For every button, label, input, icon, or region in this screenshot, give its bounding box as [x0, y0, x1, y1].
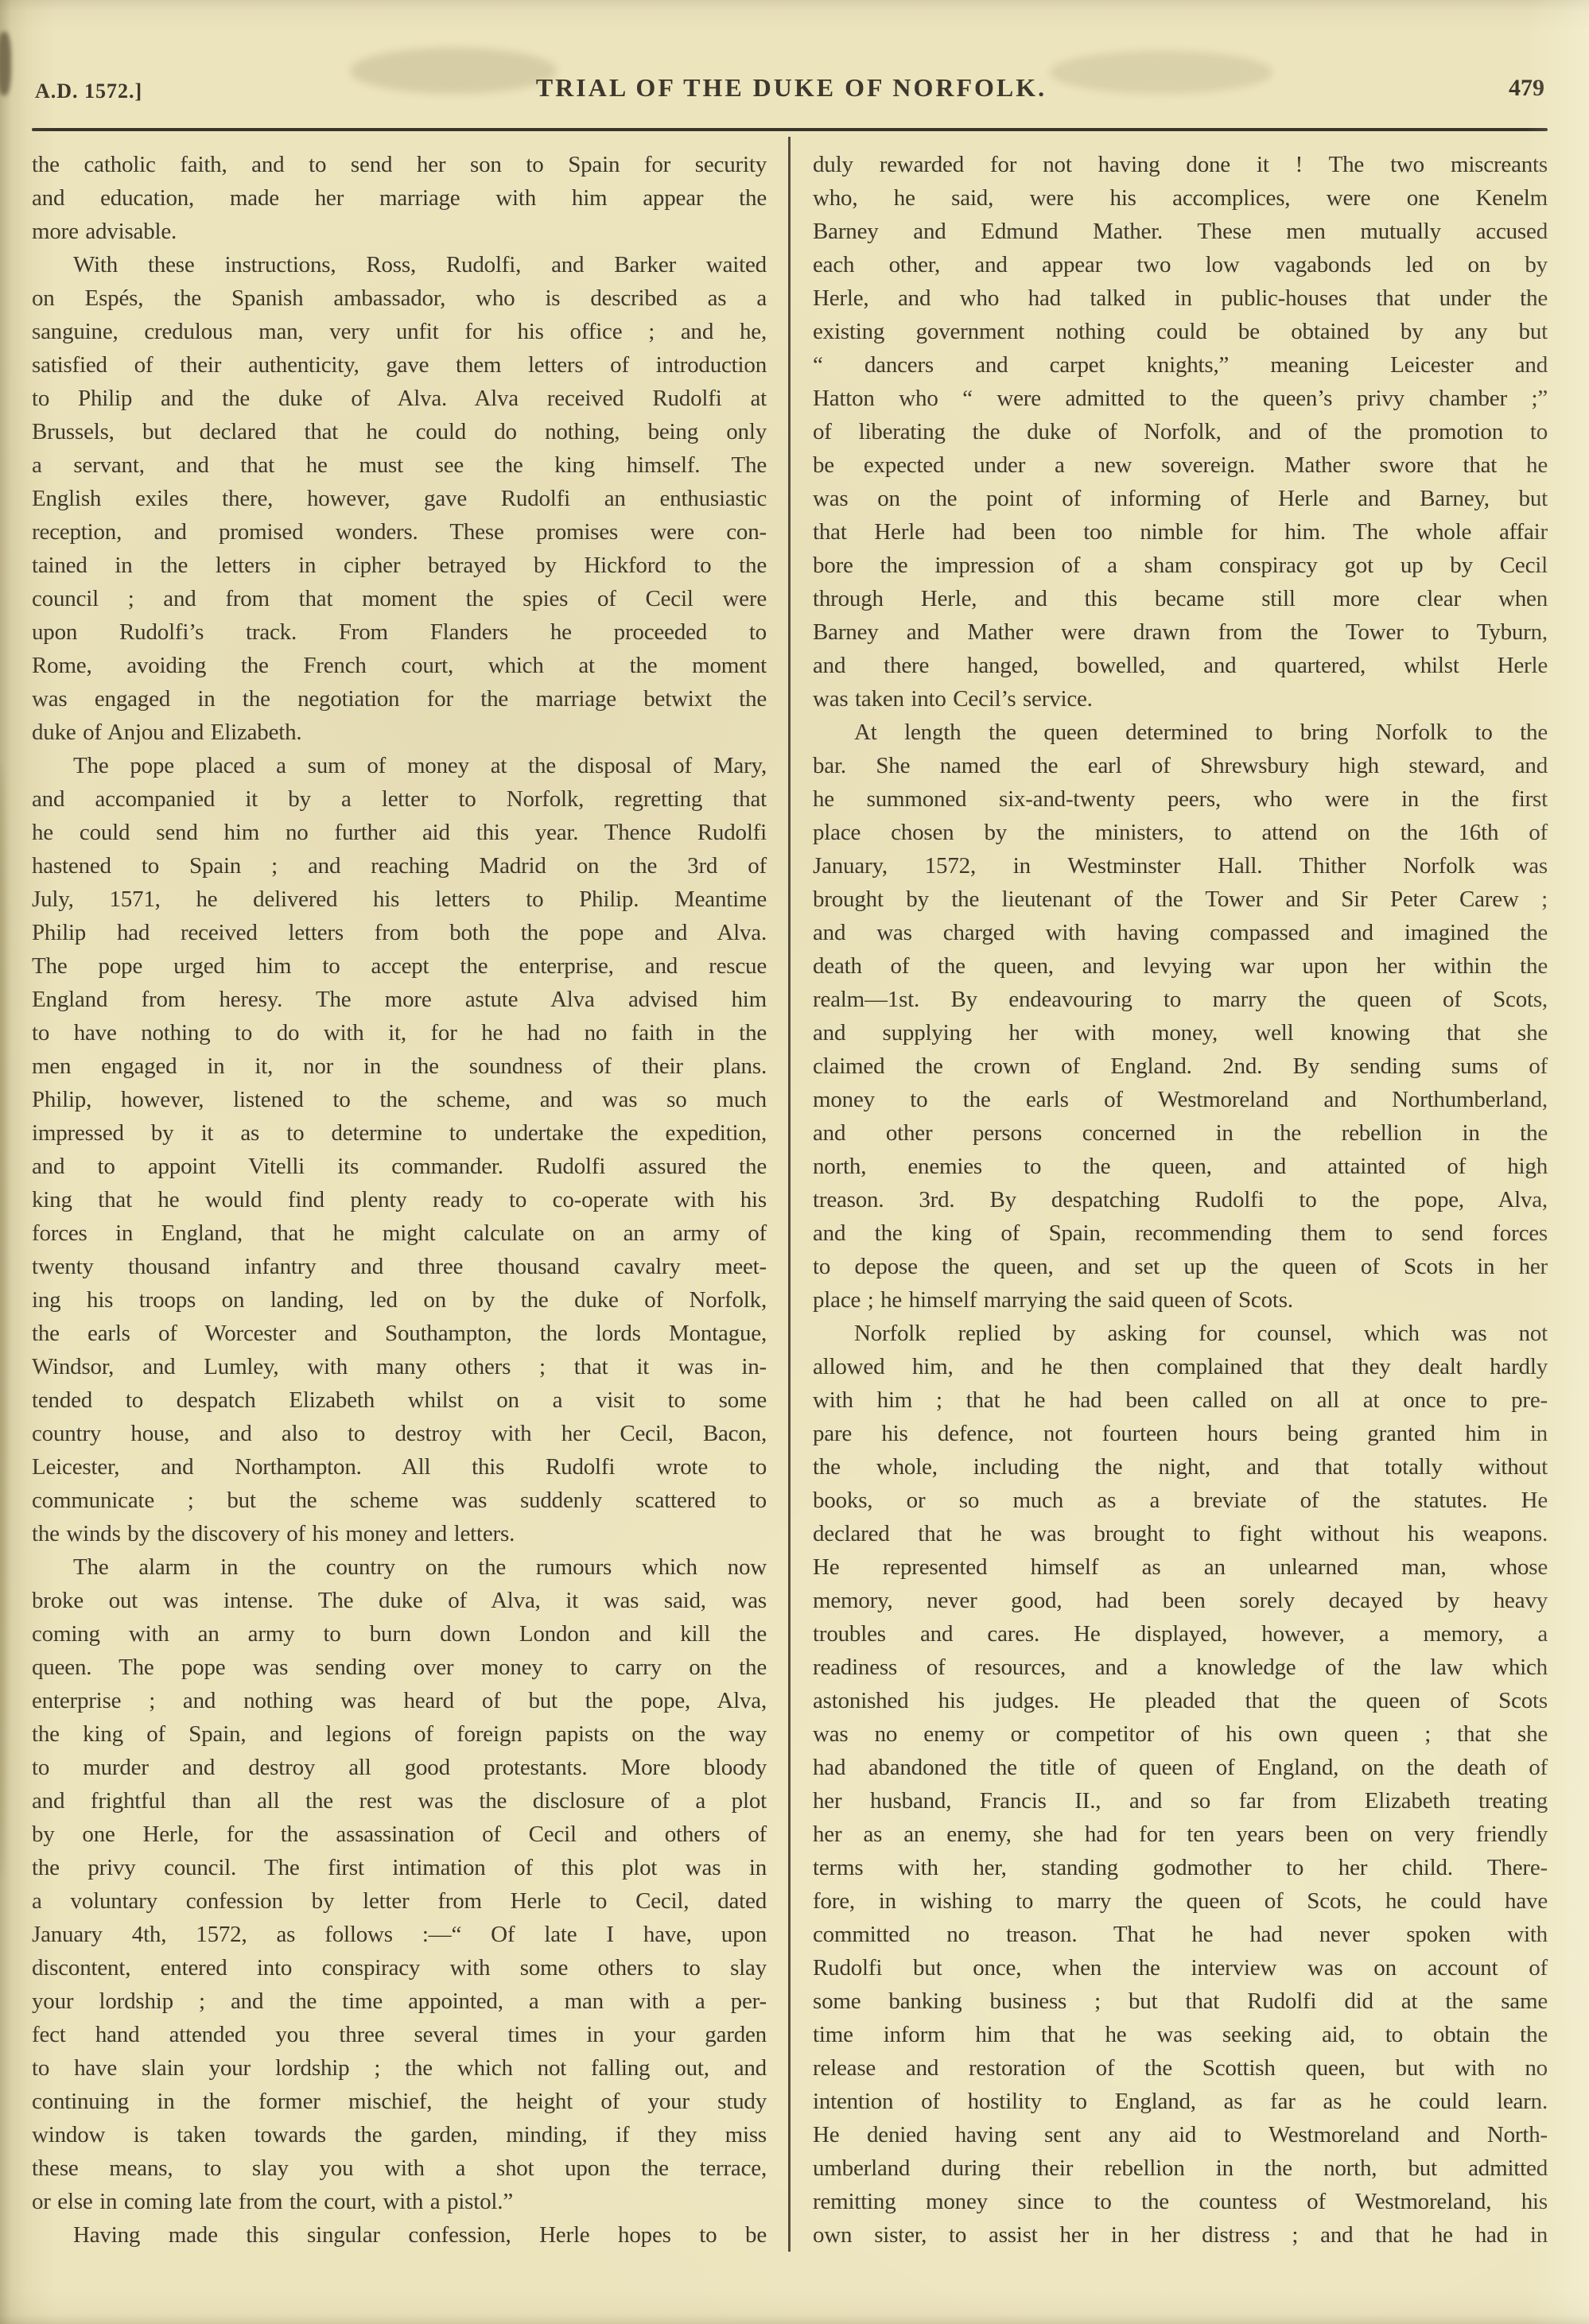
text-line: the winds by the discovery of his money …	[32, 1517, 767, 1550]
text-line: Norfolk replied by asking for counsel, w…	[813, 1317, 1548, 1350]
text-line: At length the queen determined to bring …	[813, 716, 1548, 749]
text-line: The alarm in the country on the rumours …	[32, 1550, 767, 1584]
text-line: The pope urged him to accept the enterpr…	[32, 949, 767, 983]
text-line: July, 1571, he delivered his letters to …	[32, 883, 767, 916]
text-line: Rudolfi but once, when the interview was…	[813, 1951, 1548, 1985]
text-line: your lordship ; and the time appointed, …	[32, 1985, 767, 2018]
text-line: and there hanged, bowelled, and quartere…	[813, 649, 1548, 682]
text-line: to have nothing to do with it, for he ha…	[32, 1016, 767, 1049]
text-line: and education, made her marriage with hi…	[32, 181, 767, 215]
text-line: Philip had received letters from both th…	[32, 916, 767, 949]
text-line: a voluntary confession by letter from He…	[32, 1884, 767, 1918]
text-line: With these instructions, Ross, Rudolfi, …	[32, 248, 767, 281]
text-line: realm—1st. By endeavouring to marry the …	[813, 983, 1548, 1016]
text-line: the whole, including the night, and that…	[813, 1450, 1548, 1484]
text-line: readiness of resources, and a knowledge …	[813, 1651, 1548, 1684]
text-line: troubles and cares. He displayed, howeve…	[813, 1617, 1548, 1651]
text-line: and was charged with having compassed an…	[813, 916, 1548, 949]
text-line: allowed him, and he then complained that…	[813, 1350, 1548, 1383]
text-line: to have slain your lordship ; the which …	[32, 2051, 767, 2085]
text-line: ing his troops on landing, led on by the…	[32, 1283, 767, 1317]
text-line: tended to despatch Elizabeth whilst on a…	[32, 1383, 767, 1417]
text-line: Rome, avoiding the French court, which a…	[32, 649, 767, 682]
text-line: council ; and from that moment the spies…	[32, 582, 767, 615]
header-rule	[32, 128, 1548, 131]
text-line: continuing in the former mischief, the h…	[32, 2085, 767, 2118]
text-line: Hatton who “ were admitted to the queen’…	[813, 382, 1548, 415]
text-line: books, or so much as a breviate of the s…	[813, 1484, 1548, 1517]
text-line: duly rewarded for not having done it ! T…	[813, 148, 1548, 181]
text-line: The pope placed a sum of money at the di…	[32, 749, 767, 782]
text-line: fect hand attended you three several tim…	[32, 2018, 767, 2051]
text-line: and frightful than all the rest was the …	[32, 1784, 767, 1818]
text-line: each other, and appear two low vagabonds…	[813, 248, 1548, 281]
text-line: Barney and Edmund Mather. These men mutu…	[813, 215, 1548, 248]
text-line: money to the earls of Westmoreland and N…	[813, 1083, 1548, 1116]
text-line: was on the point of informing of Herle a…	[813, 482, 1548, 515]
text-line: north, enemies to the queen, and attaint…	[813, 1150, 1548, 1183]
text-line: was no enemy or competitor of his own qu…	[813, 1717, 1548, 1751]
text-line: who, he said, were his accomplices, were…	[813, 181, 1548, 215]
text-line: broke out was intense. The duke of Alva,…	[32, 1584, 767, 1617]
text-line: astonished his judges. He pleaded that t…	[813, 1684, 1548, 1717]
text-line: through Herle, and this became still mor…	[813, 582, 1548, 615]
text-line: the earls of Worcester and Southampton, …	[32, 1317, 767, 1350]
text-line: her husband, Francis II., and so far fro…	[813, 1784, 1548, 1818]
text-line: of liberating the duke of Norfolk, and o…	[813, 415, 1548, 448]
text-line: the catholic faith, and to send her son …	[32, 148, 767, 181]
text-line: some banking business ; but that Rudolfi…	[813, 1985, 1548, 2018]
text-line: Having made this singular confession, He…	[32, 2218, 767, 2252]
text-line: place chosen by the ministers, to attend…	[813, 816, 1548, 849]
text-line: brought by the lieutenant of the Tower a…	[813, 883, 1548, 916]
text-line: Windsor, and Lumley, with many others ; …	[32, 1350, 767, 1383]
text-line: “ dancers and carpet knights,” meaning L…	[813, 348, 1548, 382]
text-line: He denied having sent any aid to Westmor…	[813, 2118, 1548, 2151]
text-line: window is taken towards the garden, mind…	[32, 2118, 767, 2151]
page-title: TRIAL OF THE DUKE OF NORFOLK.	[35, 73, 1548, 103]
text-line: the king of Spain, and legions of foreig…	[32, 1717, 767, 1751]
text-line: duke of Anjou and Elizabeth.	[32, 716, 767, 749]
text-line: more advisable.	[32, 215, 767, 248]
text-line: death of the queen, and levying war upon…	[813, 949, 1548, 983]
text-line: declared that he was brought to fight wi…	[813, 1517, 1548, 1550]
text-line: he could send him no further aid this ye…	[32, 816, 767, 849]
text-line: England from heresy. The more astute Alv…	[32, 983, 767, 1016]
text-line: country house, and also to destroy with …	[32, 1417, 767, 1450]
text-line: queen. The pope was sending over money t…	[32, 1651, 767, 1684]
text-line: enterprise ; and nothing was heard of bu…	[32, 1684, 767, 1717]
text-line: and accompanied it by a letter to Norfol…	[32, 782, 767, 816]
text-line: communicate ; but the scheme was suddenl…	[32, 1484, 767, 1517]
text-line: and other persons concerned in the rebel…	[813, 1116, 1548, 1150]
text-line: claimed the crown of England. 2nd. By se…	[813, 1049, 1548, 1083]
text-line: coming with an army to burn down London …	[32, 1617, 767, 1651]
text-line: these means, to slay you with a shot upo…	[32, 2151, 767, 2185]
column-right: duly rewarded for not having done it ! T…	[813, 148, 1548, 2252]
page-edge-shadow	[0, 763, 6, 1876]
text-line: by one Herle, for the assassination of C…	[32, 1818, 767, 1851]
text-line: men engaged in it, nor in the soundness …	[32, 1049, 767, 1083]
text-line: or else in coming late from the court, w…	[32, 2185, 767, 2218]
column-left: the catholic faith, and to send her son …	[32, 148, 767, 2252]
text-line: satisfied of their authenticity, gave th…	[32, 348, 767, 382]
text-line: discontent, entered into conspiracy with…	[32, 1951, 767, 1985]
text-line: sanguine, credulous man, very unfit for …	[32, 315, 767, 348]
text-line: release and restoration of the Scottish …	[813, 2051, 1548, 2085]
text-line: fore, in wishing to marry the queen of S…	[813, 1884, 1548, 1918]
text-line: with him ; that he had been called on al…	[813, 1383, 1548, 1417]
text-line: upon Rudolfi’s track. From Flanders he p…	[32, 615, 767, 649]
text-line: Herle, and who had talked in public-hous…	[813, 281, 1548, 315]
text-line: he summoned six-and-twenty peers, who we…	[813, 782, 1548, 816]
page-number: 479	[1509, 75, 1544, 102]
text-line: He represented himself as an unlearned m…	[813, 1550, 1548, 1584]
text-line: English exiles there, however, gave Rudo…	[32, 482, 767, 515]
text-line: her as an enemy, she had for ten years b…	[813, 1818, 1548, 1851]
text-line: terms with her, standing godmother to he…	[813, 1851, 1548, 1884]
book-page: A.D. 1572.] TRIAL OF THE DUKE OF NORFOLK…	[0, 0, 1589, 2324]
text-line: that Herle had been too nimble for him. …	[813, 515, 1548, 549]
text-line: impressed by it as to determine to under…	[32, 1116, 767, 1150]
text-line: and to appoint Vitelli its commander. Ru…	[32, 1150, 767, 1183]
text-line: pare his defence, not fourteen hours bei…	[813, 1417, 1548, 1450]
text-line: be expected under a new sovereign. Mathe…	[813, 448, 1548, 482]
text-line: Leicester, and Northampton. All this Rud…	[32, 1450, 767, 1484]
text-line: January 4th, 1572, as follows :—“ Of lat…	[32, 1918, 767, 1951]
text-line: January, 1572, in Westminster Hall. Thit…	[813, 849, 1548, 883]
text-line: reception, and promised wonders. These p…	[32, 515, 767, 549]
text-line: bar. She named the earl of Shrewsbury hi…	[813, 749, 1548, 782]
text-line: the privy council. The first intimation …	[32, 1851, 767, 1884]
text-line: and supplying her with money, well knowi…	[813, 1016, 1548, 1049]
text-line: and the king of Spain, recommending them…	[813, 1216, 1548, 1250]
text-line: existing government nothing could be obt…	[813, 315, 1548, 348]
text-line: was engaged in the negotiation for the m…	[32, 682, 767, 716]
text-line: on Espés, the Spanish ambassador, who is…	[32, 281, 767, 315]
text-line: to Philip and the duke of Alva. Alva rec…	[32, 382, 767, 415]
text-line: memory, never good, had been sorely deca…	[813, 1584, 1548, 1617]
text-line: treason. 3rd. By despatching Rudolfi to …	[813, 1183, 1548, 1216]
text-line: had abandoned the title of queen of Engl…	[813, 1751, 1548, 1784]
text-line: Brussels, but declared that he could do …	[32, 415, 767, 448]
text-line: intention of hostility to England, as fa…	[813, 2085, 1548, 2118]
text-line: king that he would find plenty ready to …	[32, 1183, 767, 1216]
text-line: Philip, however, listened to the scheme,…	[32, 1083, 767, 1116]
text-line: was taken into Cecil’s service.	[813, 682, 1548, 716]
text-line: time inform him that he was seeking aid,…	[813, 2018, 1548, 2051]
text-line: own sister, to assist her in her distres…	[813, 2218, 1548, 2252]
ink-smudge	[0, 32, 11, 95]
text-line: to murder and destroy all good protestan…	[32, 1751, 767, 1784]
text-line: committed no treason. That he had never …	[813, 1918, 1548, 1951]
text-line: a servant, and that he must see the king…	[32, 448, 767, 482]
text-line: bore the impression of a sham conspiracy…	[813, 549, 1548, 582]
text-line: forces in England, that he might calcula…	[32, 1216, 767, 1250]
text-line: umberland during their rebellion in the …	[813, 2151, 1548, 2185]
text-line: twenty thousand infantry and three thous…	[32, 1250, 767, 1283]
text-line: to depose the queen, and set up the quee…	[813, 1250, 1548, 1283]
text-line: place ; he himself marrying the said que…	[813, 1283, 1548, 1317]
text-line: remitting money since to the countess of…	[813, 2185, 1548, 2218]
text-line: hastened to Spain ; and reaching Madrid …	[32, 849, 767, 883]
column-divider-rule	[788, 137, 791, 2252]
text-line: Barney and Mather were drawn from the To…	[813, 615, 1548, 649]
text-line: tained in the letters in cipher betrayed…	[32, 549, 767, 582]
page-header: A.D. 1572.] TRIAL OF THE DUKE OF NORFOLK…	[35, 73, 1548, 113]
